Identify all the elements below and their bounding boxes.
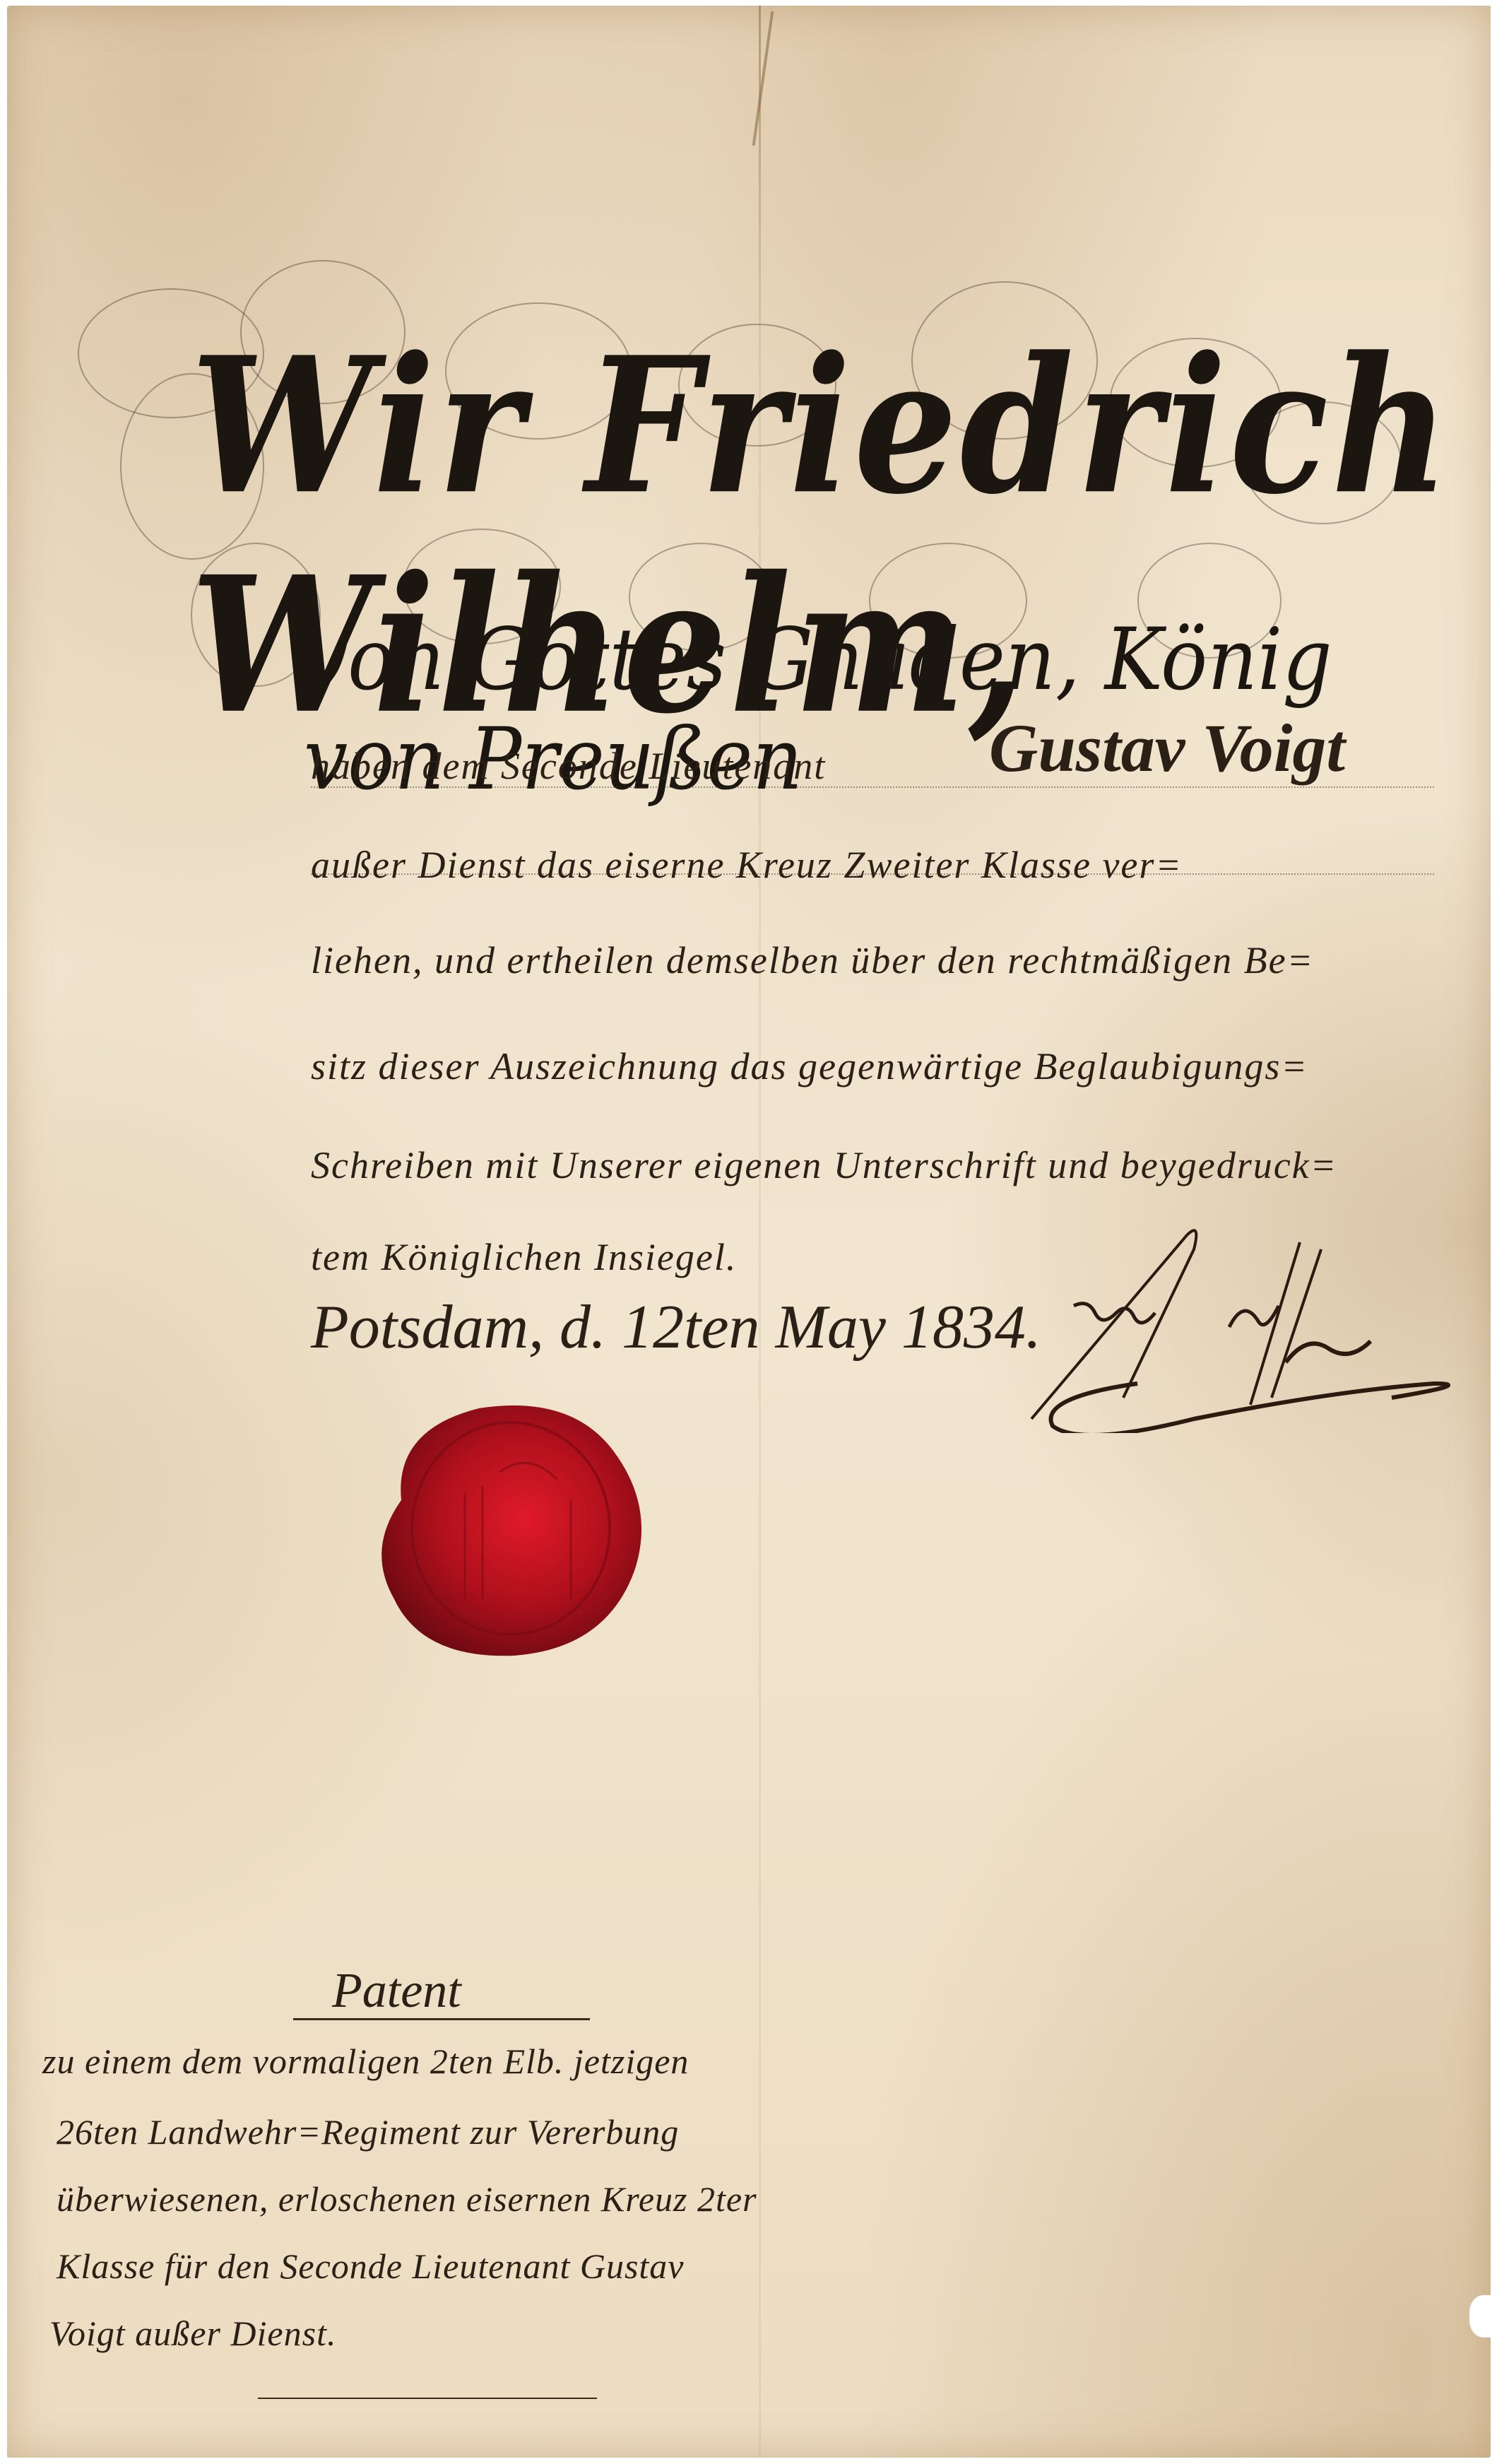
paper-tear (752, 11, 774, 146)
patent-line-5: Voigt außer Dienst. (49, 2313, 336, 2354)
patent-line-3: überwiesenen, erloschenen eisernen Kreuz… (57, 2179, 757, 2220)
patent-title: Patent (332, 1963, 461, 2020)
royal-signature (1017, 1221, 1455, 1433)
body-line-4: sitz dieser Auszeichnung das gegenwärtig… (311, 1044, 1308, 1088)
patent-title-underline (293, 2018, 590, 2020)
body-line-6: tem Königlichen Insiegel. (311, 1235, 737, 1279)
date-month: May (776, 1293, 886, 1362)
place: Potsdam, (311, 1293, 544, 1362)
wax-seal (359, 1387, 656, 1670)
place-date: Potsdam, d. 12ten May 1834. (311, 1292, 1041, 1363)
patent-closing-rule (258, 2398, 597, 2399)
patent-line-2: 26ten Landwehr=Regiment zur Vererbung (57, 2111, 679, 2152)
body-line-2: außer Dienst das eiserne Kreuz Zweiter K… (311, 843, 1183, 887)
patent-line-4: Klasse für den Seconde Lieutenant Gustav (57, 2246, 685, 2287)
paper-damage (1469, 2295, 1505, 2338)
body-line-1: haben dem Seconde Lieutenant (311, 744, 826, 788)
recipient-name: Gustav Voigt (989, 709, 1345, 787)
dotted-rule (311, 873, 1434, 875)
body-line-5: Schreiben mit Unserer eigenen Unterschri… (311, 1143, 1337, 1187)
body-line-1-text: haben dem Seconde Lieutenant (311, 745, 826, 787)
date-day: d. 12ten (560, 1293, 760, 1362)
body-line-3: liehen, und ertheilen demselben über den… (311, 938, 1314, 982)
document-sheet: Wir Friedrich Wilhelm, von Gottes Gnaden… (7, 6, 1491, 2458)
patent-line-1: zu einem dem vormaligen 2ten Elb. jetzig… (42, 2041, 689, 2082)
